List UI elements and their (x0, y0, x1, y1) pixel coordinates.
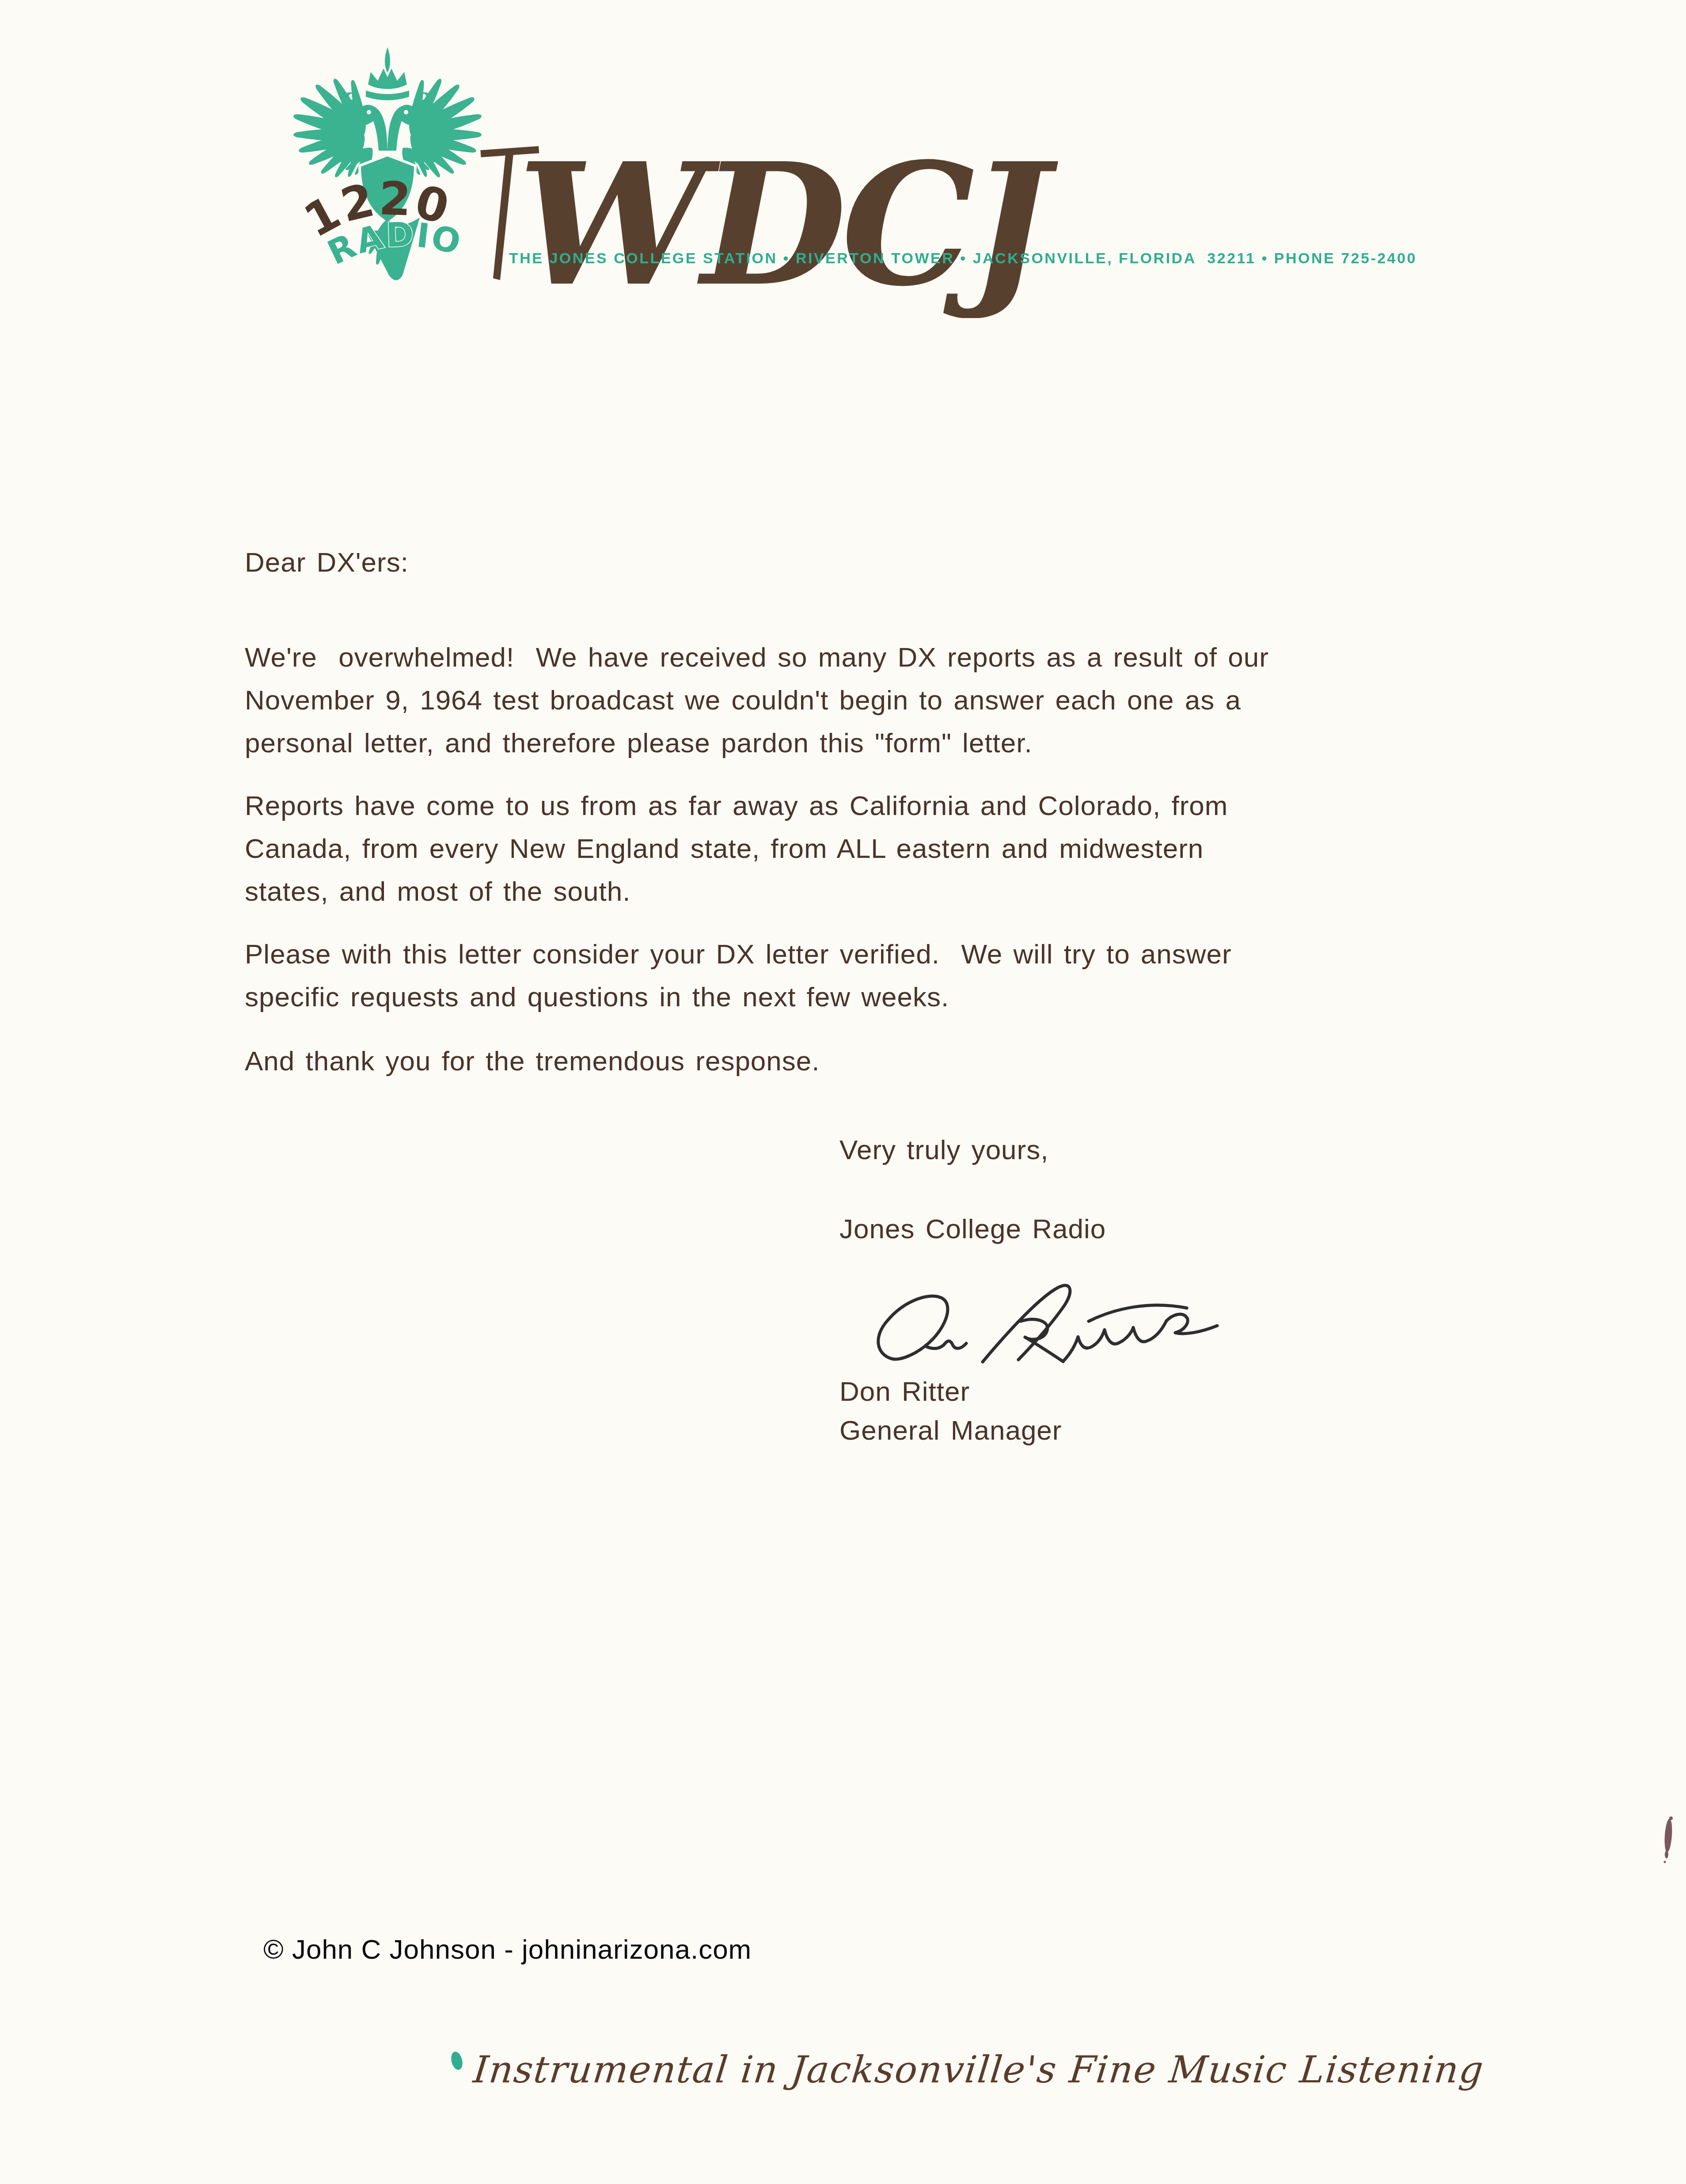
callsign-wordmark: WDCJ (477, 133, 1078, 318)
letter-page: 1220 RADIO WDCJ THE JONES COLLEGE STATIO… (0, 0, 1686, 2184)
ink-smudge (1656, 1811, 1681, 1869)
eagle-emblem: 1220 RADIO (283, 42, 490, 316)
signer-name: Don Ritter (839, 1373, 1248, 1411)
valediction: Very truly yours, (839, 1129, 1248, 1172)
closing-block: Very truly yours, Jones College Radio Do… (839, 1129, 1248, 1450)
crown-band (366, 91, 409, 100)
handwritten-signature (850, 1255, 1248, 1374)
signer-title: General Manager (839, 1411, 1248, 1450)
letter-body: Dear DX'ers: We're overwhelmed! We have … (245, 541, 1269, 1103)
station-slogan: Instrumental in Jacksonville's Fine Musi… (471, 2048, 1486, 2091)
paragraph-2: Reports have come to us from as far away… (245, 785, 1269, 913)
organization-name: Jones College Radio (839, 1208, 1248, 1251)
callsign-text: WDCJ (518, 133, 1059, 318)
slogan-row: Instrumental in Jacksonville's Fine Musi… (452, 2048, 1484, 2091)
plume (385, 47, 390, 73)
paragraph-4: And thank you for the tremendous respons… (245, 1040, 1269, 1083)
salutation: Dear DX'ers: (245, 541, 1269, 584)
paragraph-1: We're overwhelmed! We have received so m… (245, 636, 1269, 765)
slogan-dot-icon (449, 2051, 464, 2071)
paragraph-3: Please with this letter consider your DX… (245, 933, 1269, 1019)
letterhead-tagline: THE JONES COLLEGE STATION • RIVERTON TOW… (509, 250, 1417, 267)
copyright-line: © John C Johnson - johninarizona.com (263, 1934, 752, 1965)
